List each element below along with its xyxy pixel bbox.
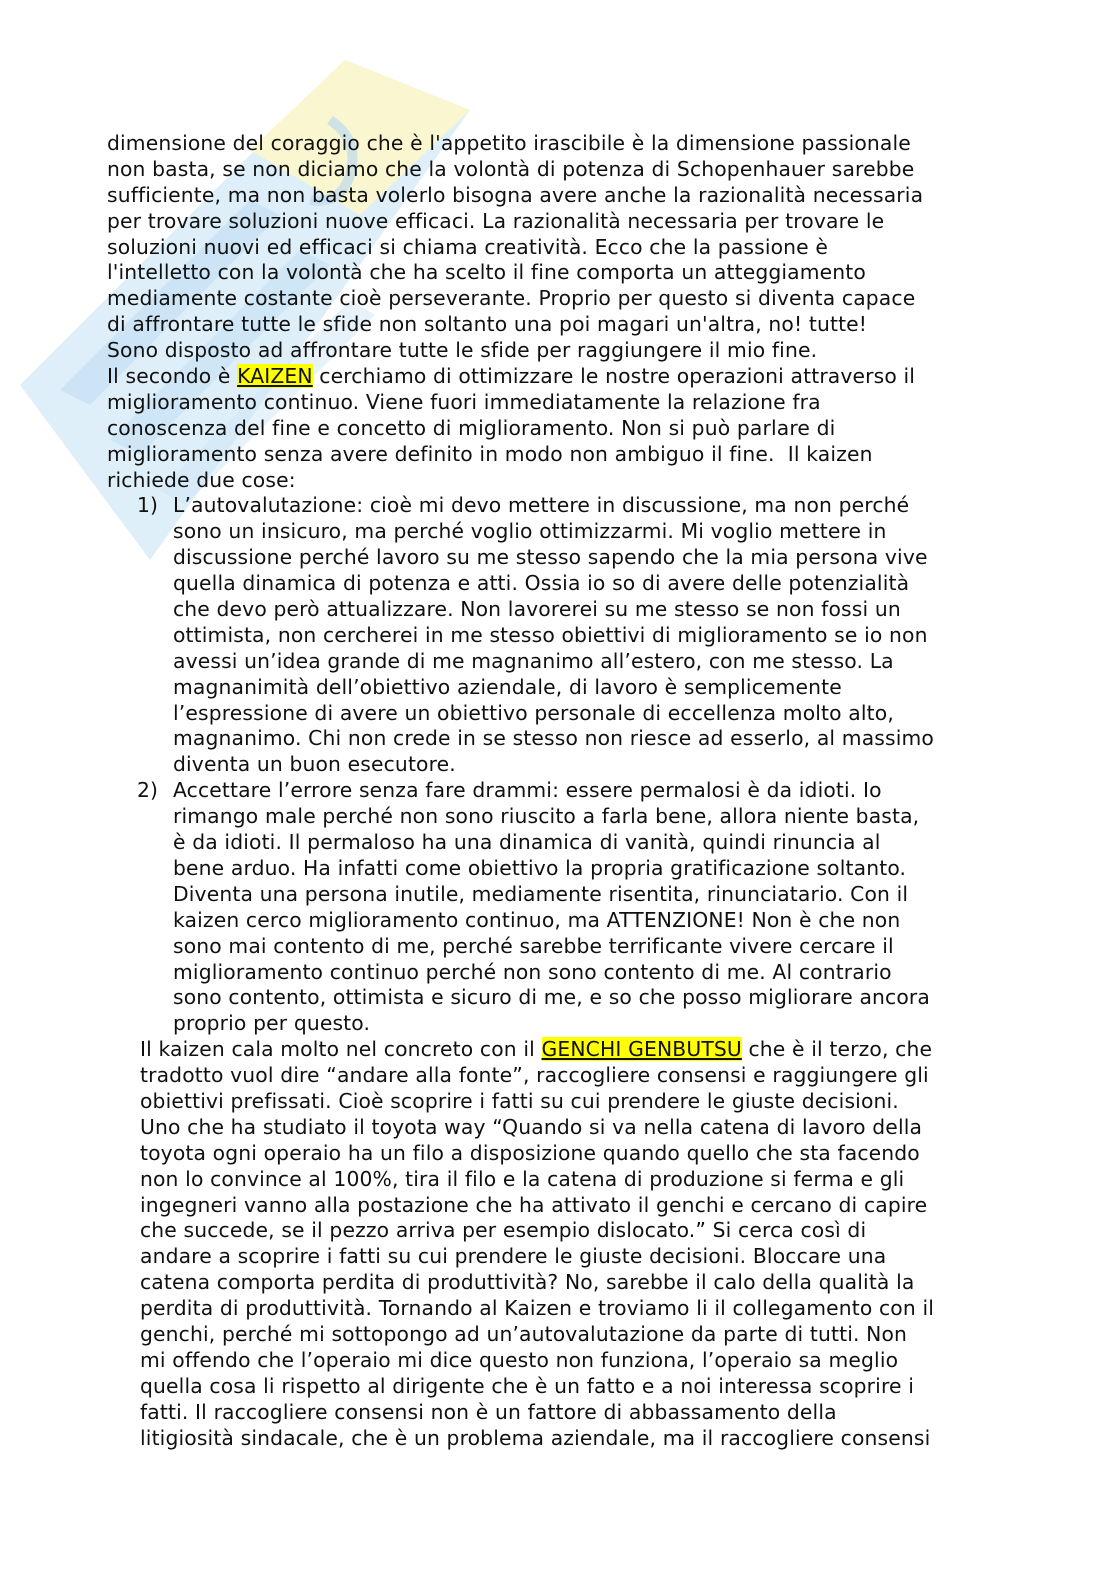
text-line: Uno che ha studiato il toyota way “Quand… <box>107 1115 1007 1141</box>
text-fragment: che è il terzo, che <box>742 1037 932 1061</box>
text-line: l’espressione di avere un obiettivo pers… <box>107 701 1007 727</box>
paragraph-genchi-genbutsu: Il kaizen cala molto nel concreto con il… <box>107 1037 1007 1451</box>
text-line: bene arduo. Ha infatti come obiettivo la… <box>107 856 1007 882</box>
text-line: toyota ogni operaio ha un filo a disposi… <box>107 1141 1007 1167</box>
text-line: conoscenza del fine e concetto di miglio… <box>107 416 1007 442</box>
text-line: proprio per questo. <box>107 1011 1007 1037</box>
text-line: kaizen cerco miglioramento continuo, ma … <box>107 908 1007 934</box>
text-line: diventa un buon esecutore. <box>107 752 1007 778</box>
text-line: 1)L’autovalutazione: cioè mi devo metter… <box>107 493 1007 519</box>
text-line: sufficiente, ma non basta volerlo bisogn… <box>107 183 1007 209</box>
text-line: mi offendo che l’operaio mi dice questo … <box>107 1348 1007 1374</box>
document-page: dimensione del coraggio che è l'appetito… <box>107 131 1007 1451</box>
list-item-2: 2)Accettare l’errore senza fare drammi: … <box>107 778 1007 1037</box>
text-line: mediamente costante cioè perseverante. P… <box>107 286 1007 312</box>
text-line: rimango male perché non sono riuscito a … <box>107 804 1007 830</box>
list-item-1: 1)L’autovalutazione: cioè mi devo metter… <box>107 493 1007 778</box>
text-line: perdita di produttività. Tornando al Kai… <box>107 1296 1007 1322</box>
text-line: sono contento, ottimista e sicuro di me,… <box>107 985 1007 1011</box>
text-line: non basta, se non diciamo che la volontà… <box>107 157 1007 183</box>
text-line: soluzioni nuovi ed efficaci si chiama cr… <box>107 235 1007 261</box>
list-number: 2) <box>107 778 173 804</box>
text-line: discussione perché lavoro su me stesso s… <box>107 545 1007 571</box>
text-line: Il secondo è KAIZEN cerchiamo di ottimiz… <box>107 364 1007 390</box>
text-line: ingegneri vanno alla postazione che ha a… <box>107 1193 1007 1219</box>
text-line: magnanimo. Chi non crede in se stesso no… <box>107 726 1007 752</box>
text-line: catena comporta perdita di produttività?… <box>107 1270 1007 1296</box>
text-line: dimensione del coraggio che è l'appetito… <box>107 131 1007 157</box>
text-line: l'intelletto con la volontà che ha scelt… <box>107 260 1007 286</box>
text-line: Diventa una persona inutile, mediamente … <box>107 882 1007 908</box>
text-line: miglioramento continuo perché non sono c… <box>107 960 1007 986</box>
text-line: Sono disposto ad affrontare tutte le sfi… <box>107 338 1007 364</box>
text-line: avessi un’idea grande di me magnanimo al… <box>107 649 1007 675</box>
numbered-list: 1)L’autovalutazione: cioè mi devo metter… <box>107 493 1007 1037</box>
text-fragment: Accettare l’errore senza fare drammi: es… <box>173 778 882 802</box>
text-line: sono mai contento di me, perché sarebbe … <box>107 934 1007 960</box>
text-line: sono un insicuro, ma perché voglio ottim… <box>107 519 1007 545</box>
text-line: quella cosa li rispetto al dirigente che… <box>107 1374 1007 1400</box>
text-fragment: Il secondo è <box>107 364 237 388</box>
text-line: di affrontare tutte le sfide non soltant… <box>107 312 1007 338</box>
text-line: per trovare soluzioni nuove efficaci. La… <box>107 209 1007 235</box>
text-line: miglioramento senza avere definito in mo… <box>107 442 1007 468</box>
text-line: 2)Accettare l’errore senza fare drammi: … <box>107 778 1007 804</box>
text-line: che devo però attualizzare. Non lavorere… <box>107 597 1007 623</box>
text-line: fatti. Il raccogliere consensi non è un … <box>107 1400 1007 1426</box>
text-line: tradotto vuol dire “andare alla fonte”, … <box>107 1063 1007 1089</box>
text-line: richiede due cose: <box>107 468 1007 494</box>
paragraph-kaizen: Il secondo è KAIZEN cerchiamo di ottimiz… <box>107 364 1007 493</box>
highlight-kaizen: KAIZEN <box>237 364 313 388</box>
text-line: Il kaizen cala molto nel concreto con il… <box>107 1037 1007 1063</box>
text-fragment: cerchiamo di ottimizzare le nostre opera… <box>313 364 915 388</box>
text-fragment: L’autovalutazione: cioè mi devo mettere … <box>173 493 909 517</box>
text-line: è da idioti. Il permaloso ha una dinamic… <box>107 830 1007 856</box>
text-line: quella dinamica di potenza e atti. Ossia… <box>107 571 1007 597</box>
text-line: non lo convince al 100%, tira il filo e … <box>107 1167 1007 1193</box>
text-fragment: Il kaizen cala molto nel concreto con il <box>140 1037 542 1061</box>
text-line: miglioramento continuo. Viene fuori imme… <box>107 390 1007 416</box>
text-line: andare a scoprire i fatti su cui prender… <box>107 1244 1007 1270</box>
text-line: genchi, perché mi sottopongo ad un’autov… <box>107 1322 1007 1348</box>
text-line: che succede, se il pezzo arriva per esem… <box>107 1218 1007 1244</box>
text-line: litigiosità sindacale, che è un problema… <box>107 1426 1007 1452</box>
list-number: 1) <box>107 493 173 519</box>
text-line: magnanimità dell’obiettivo aziendale, di… <box>107 675 1007 701</box>
text-line: obiettivi prefissati. Cioè scoprire i fa… <box>107 1089 1007 1115</box>
text-line: ottimista, non cercherei in me stesso ob… <box>107 623 1007 649</box>
paragraph-courage: dimensione del coraggio che è l'appetito… <box>107 131 1007 364</box>
highlight-genchi-genbutsu: GENCHI GENBUTSU <box>542 1037 742 1061</box>
